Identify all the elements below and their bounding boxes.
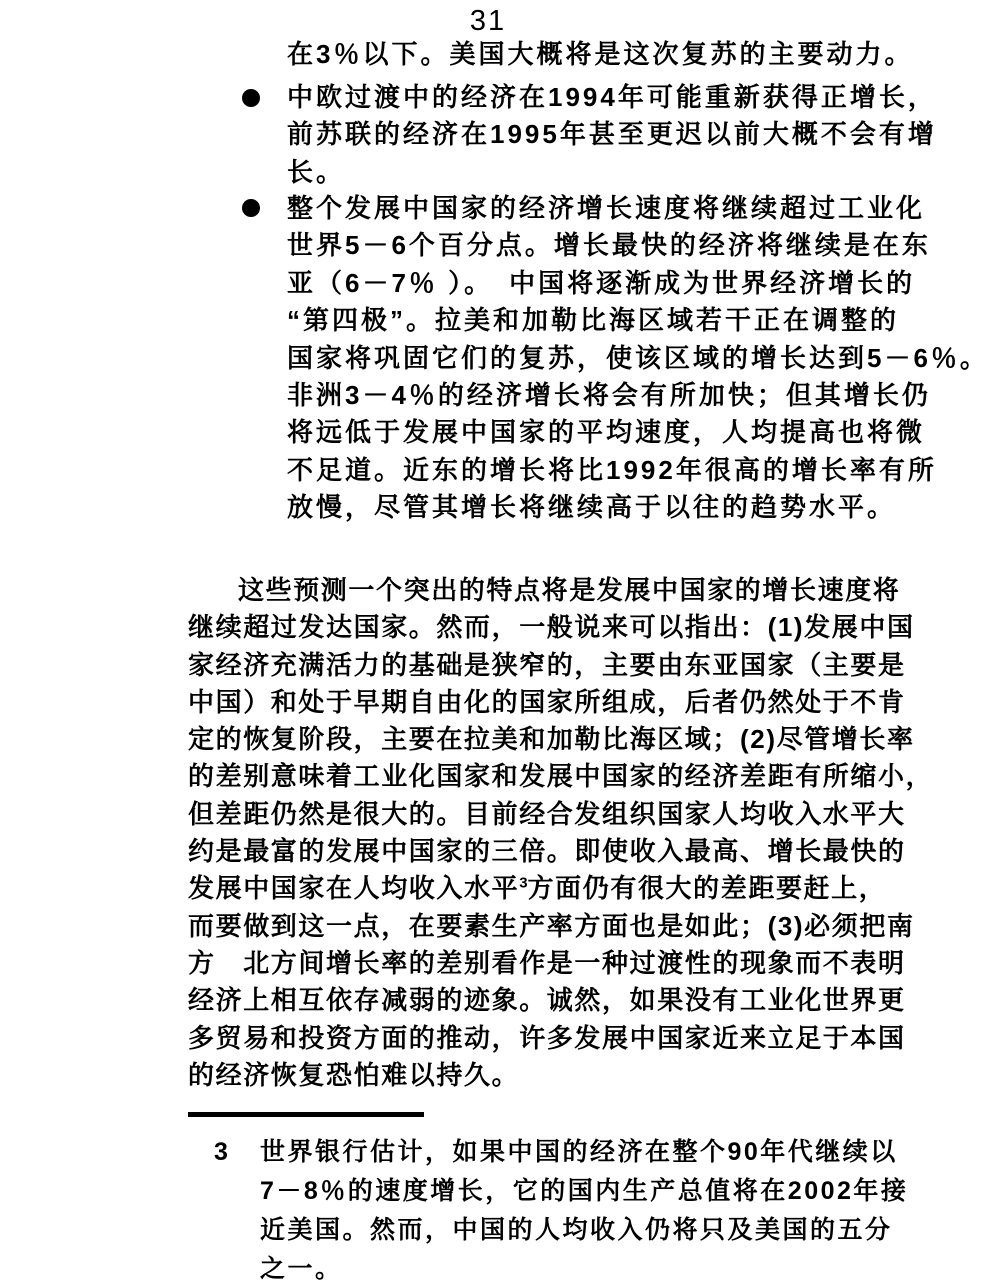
paragraph-line: 而要做到这一点，在要素生产率方面也是如此；(3)必须把南 [188,908,933,945]
bullet-line: 前苏联的经济在1995年甚至更迟以前大概不会有增 [287,116,937,153]
paragraph-line: 约是最富的发展中国家的三倍。即使收入最高、增长最快的 [188,833,933,870]
paragraph-line-text: 发展中国家在人均收入水平 [188,873,519,903]
paragraph-line: 发展中国家在人均收入水平3方面仍有很大的差距要赶上， [188,870,933,907]
paragraph-line: 经济上相互依存减弱的迹象。诚然，如果没有工业化世界更 [188,982,933,1019]
document-page: 31 在3％以下。美国大概将是这次复苏的主要动力。 中欧过渡中的经济在1994年… [0,0,1000,1282]
footnote-ref-3: 3 [519,875,527,892]
bullet-item-2: 整个发展中国家的经济增长速度将继续超过工业化 世界5－6个百分点。增长最快的经济… [287,190,989,527]
bullet-line: 将远低于发展中国家的平均速度，人均提高也将微 [287,414,989,451]
footnote-line: 7－8％的速度增长，它的国内生产总值将在2002年接 [260,1172,908,1211]
bullet-line: 世界5－6个百分点。增长最快的经济将继续是在东 [287,227,989,264]
bullet-line: 整个发展中国家的经济增长速度将继续超过工业化 [287,190,989,227]
paragraph-line-text: 方面仍有很大的差距要赶上， [528,873,887,903]
paragraph-line: 的差别意味着工业化国家和发展中国家的经济差距有所缩小， [188,758,933,795]
bullet-line: 中欧过渡中的经济在1994年可能重新获得正增长， [287,79,937,116]
footnote-line: 近美国。然而，中国的人均收入仍将只及美国的五分 [260,1211,908,1250]
bullet-item-1: 中欧过渡中的经济在1994年可能重新获得正增长， 前苏联的经济在1995年甚至更… [287,79,937,191]
bullet-dot-icon [242,199,260,217]
paragraph-line: 方 北方间增长率的差别看作是一种过渡性的现象而不表明 [188,945,933,982]
page-number: 31 [0,5,988,38]
footnote: 世界银行估计，如果中国的经济在整个90年代继续以 7－8％的速度增长，它的国内生… [260,1133,908,1282]
paragraph-line: 但差距仍然是很大的。目前经合发组织国家人均收入水平大 [188,796,933,833]
paragraph-line: 的经济恢复恐怕难以持久。 [188,1057,933,1094]
paragraph-line: 这些预测一个突出的特点将是发展中国家的增长速度将 [188,572,933,609]
intro-line: 在3％以下。美国大概将是这次复苏的主要动力。 [287,36,913,73]
paragraph-line: 家经济充满活力的基础是狭窄的，主要由东亚国家（主要是 [188,647,933,684]
bullet-line: 亚（6－7％ ）。 中国将逐渐成为世界经济增长的 [287,265,989,302]
bullet-line: 不足道。近东的增长将比1992年很高的增长率有所 [287,452,989,489]
bullet-line: 非洲3－4％的经济增长将会有所加快；但其增长仍 [287,377,989,414]
paragraph-line: 多贸易和投资方面的推动，许多发展中国家近来立足于本国 [188,1020,933,1057]
bullet-dot-icon [242,89,260,107]
paragraph-line: 继续超过发达国家。然而，一般说来可以指出：(1)发展中国 [188,609,933,646]
bullet-line: 长。 [287,154,937,191]
main-paragraph: 这些预测一个突出的特点将是发展中国家的增长速度将 继续超过发达国家。然而，一般说… [188,572,933,1094]
paragraph-line: 定的恢复阶段，主要在拉美和加勒比海区域；(2)尽管增长率 [188,721,933,758]
footnote-line: 世界银行估计，如果中国的经济在整个90年代继续以 [260,1133,908,1172]
bullet-line: 国家将巩固它们的复苏，使该区域的增长达到5－6％。 [287,340,989,377]
bullet-line: “第四极”。拉美和加勒比海区域若干正在调整的 [287,302,989,339]
paragraph-line: 中国）和处于早期自由化的国家所组成，后者仍然处于不肯 [188,684,933,721]
bullet-line: 放慢，尽管其增长将继续高于以往的趋势水平。 [287,489,989,526]
footnote-number: 3 [214,1133,228,1172]
footnote-separator [188,1112,424,1117]
footnote-line: 之一。 [260,1250,908,1282]
